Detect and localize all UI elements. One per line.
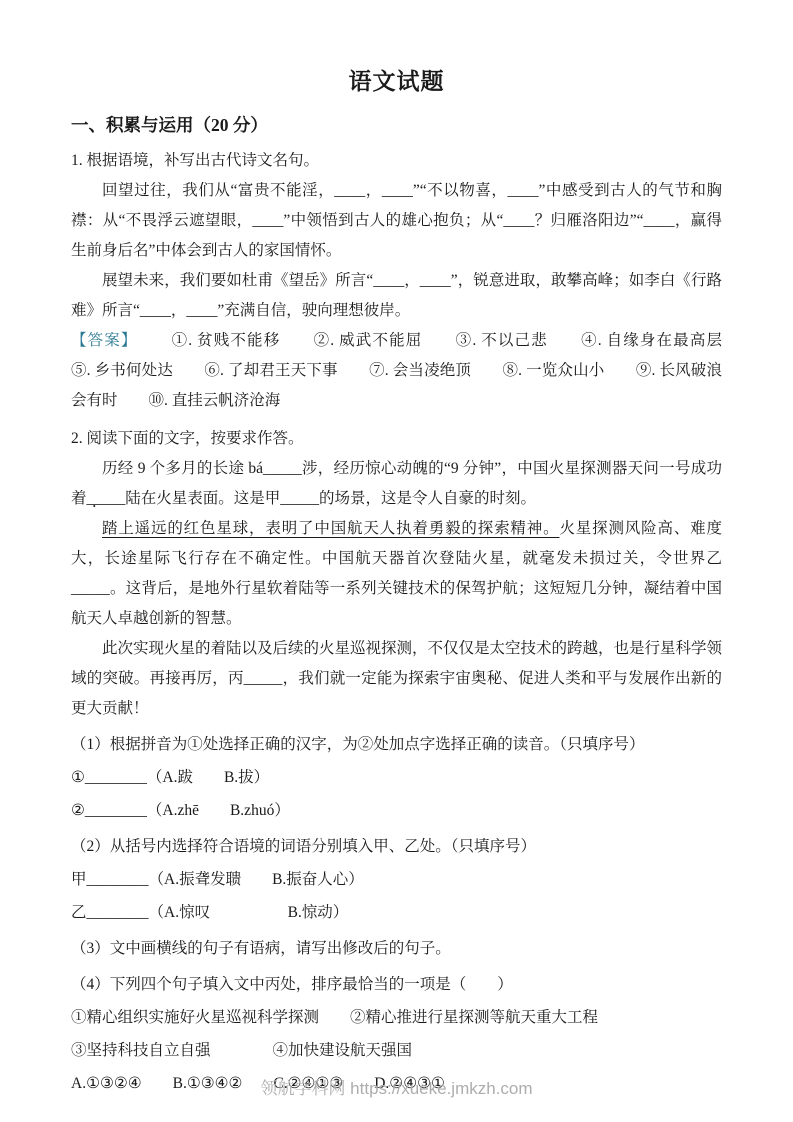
site-watermark: 领航学科网 https://xueke.jmkzh.com <box>0 1078 793 1100</box>
question-1-stem: 1. 根据语境，补写出古代诗文名句。 <box>71 146 722 176</box>
question-2-sub2-stem: （2）从括号内选择符合语境的词语分别填入甲、乙处。（只填序号） <box>71 832 722 862</box>
question-2-sub2-blank-jia: 甲________（A.振聋发聩 B.振奋人心） <box>71 865 722 895</box>
q2-underlined-sentence: 踏上遥远的红色星球，表明了中国航天人执着勇毅的探索精神。 <box>102 520 559 537</box>
document-title: 语文试题 <box>71 64 722 100</box>
answer-label: 【答案】 <box>71 332 138 349</box>
question-2-sub1-stem: （1）根据拼音为①处选择正确的汉字，为②处加点字选择正确的读音。（只填序号） <box>71 730 722 760</box>
question-1-answer-line: 【答案】①. 贫贱不能移 ②. 威武不能屈 ③. 不以己悲 ④. 自缘身在最高层… <box>71 326 722 416</box>
exam-document-page: 语文试题 一、积累与运用（20 分） 1. 根据语境，补写出古代诗文名句。 回望… <box>0 0 793 1122</box>
question-2-paragraph-2: 踏上遥远的红色星球，表明了中国航天人执着勇毅的探索精神。火星探测风险高、难度大，… <box>71 514 722 634</box>
question-2-sub4-stem: （4）下列四个句子填入文中丙处，排序最恰当的一项是（ ） <box>71 970 722 1000</box>
question-2-sub1-blank-2: ②________（A.zhē B.zhuó） <box>71 796 722 826</box>
document-content: 语文试题 一、积累与运用（20 分） 1. 根据语境，补写出古代诗文名句。 回望… <box>71 58 722 1099</box>
question-2-sub4-options-row-1: ①精心组织实施好火星巡视科学探测 ②精心推进行星探测等航天重大工程 <box>71 1003 722 1033</box>
question-2-sub2-blank-yi: 乙________（A.惊叹 B.惊动） <box>71 898 722 928</box>
question-1-paragraph-2: 展望未来，我们要如杜甫《望岳》所言“____，____”，锐意进取，敢攀高峰；如… <box>71 266 722 326</box>
question-2-paragraph-1: 历经 9 个多月的长途 bá_____涉，经历惊心动魄的“9 分钟”，中国火星探… <box>71 454 722 514</box>
section-one-heading: 一、积累与运用（20 分） <box>71 112 722 138</box>
question-1-paragraph-1: 回望过往，我们从“富贵不能淫，____，____”“不以物喜，____”中感受到… <box>71 176 722 266</box>
question-2-sub4-options-row-2: ③坚持科技自立自强 ④加快建设航天强国 <box>71 1036 722 1066</box>
question-2-sub1-blank-1: ①________（A.跋 B.拔） <box>71 763 722 793</box>
q2-p1-text-after-dotted-char: _____陆在火星表面。这是甲_____的场景，这是令人自豪的时刻。 <box>87 490 537 507</box>
question-2-sub3-stem: （3）文中画横线的句子有语病，请写出修改后的句子。 <box>71 934 722 964</box>
q2-p1-text-before-dotted-char: 历经 9 个多月的长途 bá_____涉，经历惊心动魄的“9 分钟”，中国火星探… <box>102 460 722 477</box>
answer-text: ①. 贫贱不能移 ②. 威武不能屈 ③. 不以己悲 ④. 自缘身在最高层 ⑤. … <box>71 332 753 409</box>
dotted-emphasis-char: 着 <box>71 490 87 507</box>
question-2-stem: 2. 阅读下面的文字，按要求作答。 <box>71 424 722 454</box>
question-2-paragraph-3: 此次实现火星的着陆以及后续的火星巡视探测，不仅仅是太空技术的跨越，也是行星科学领… <box>71 634 722 724</box>
